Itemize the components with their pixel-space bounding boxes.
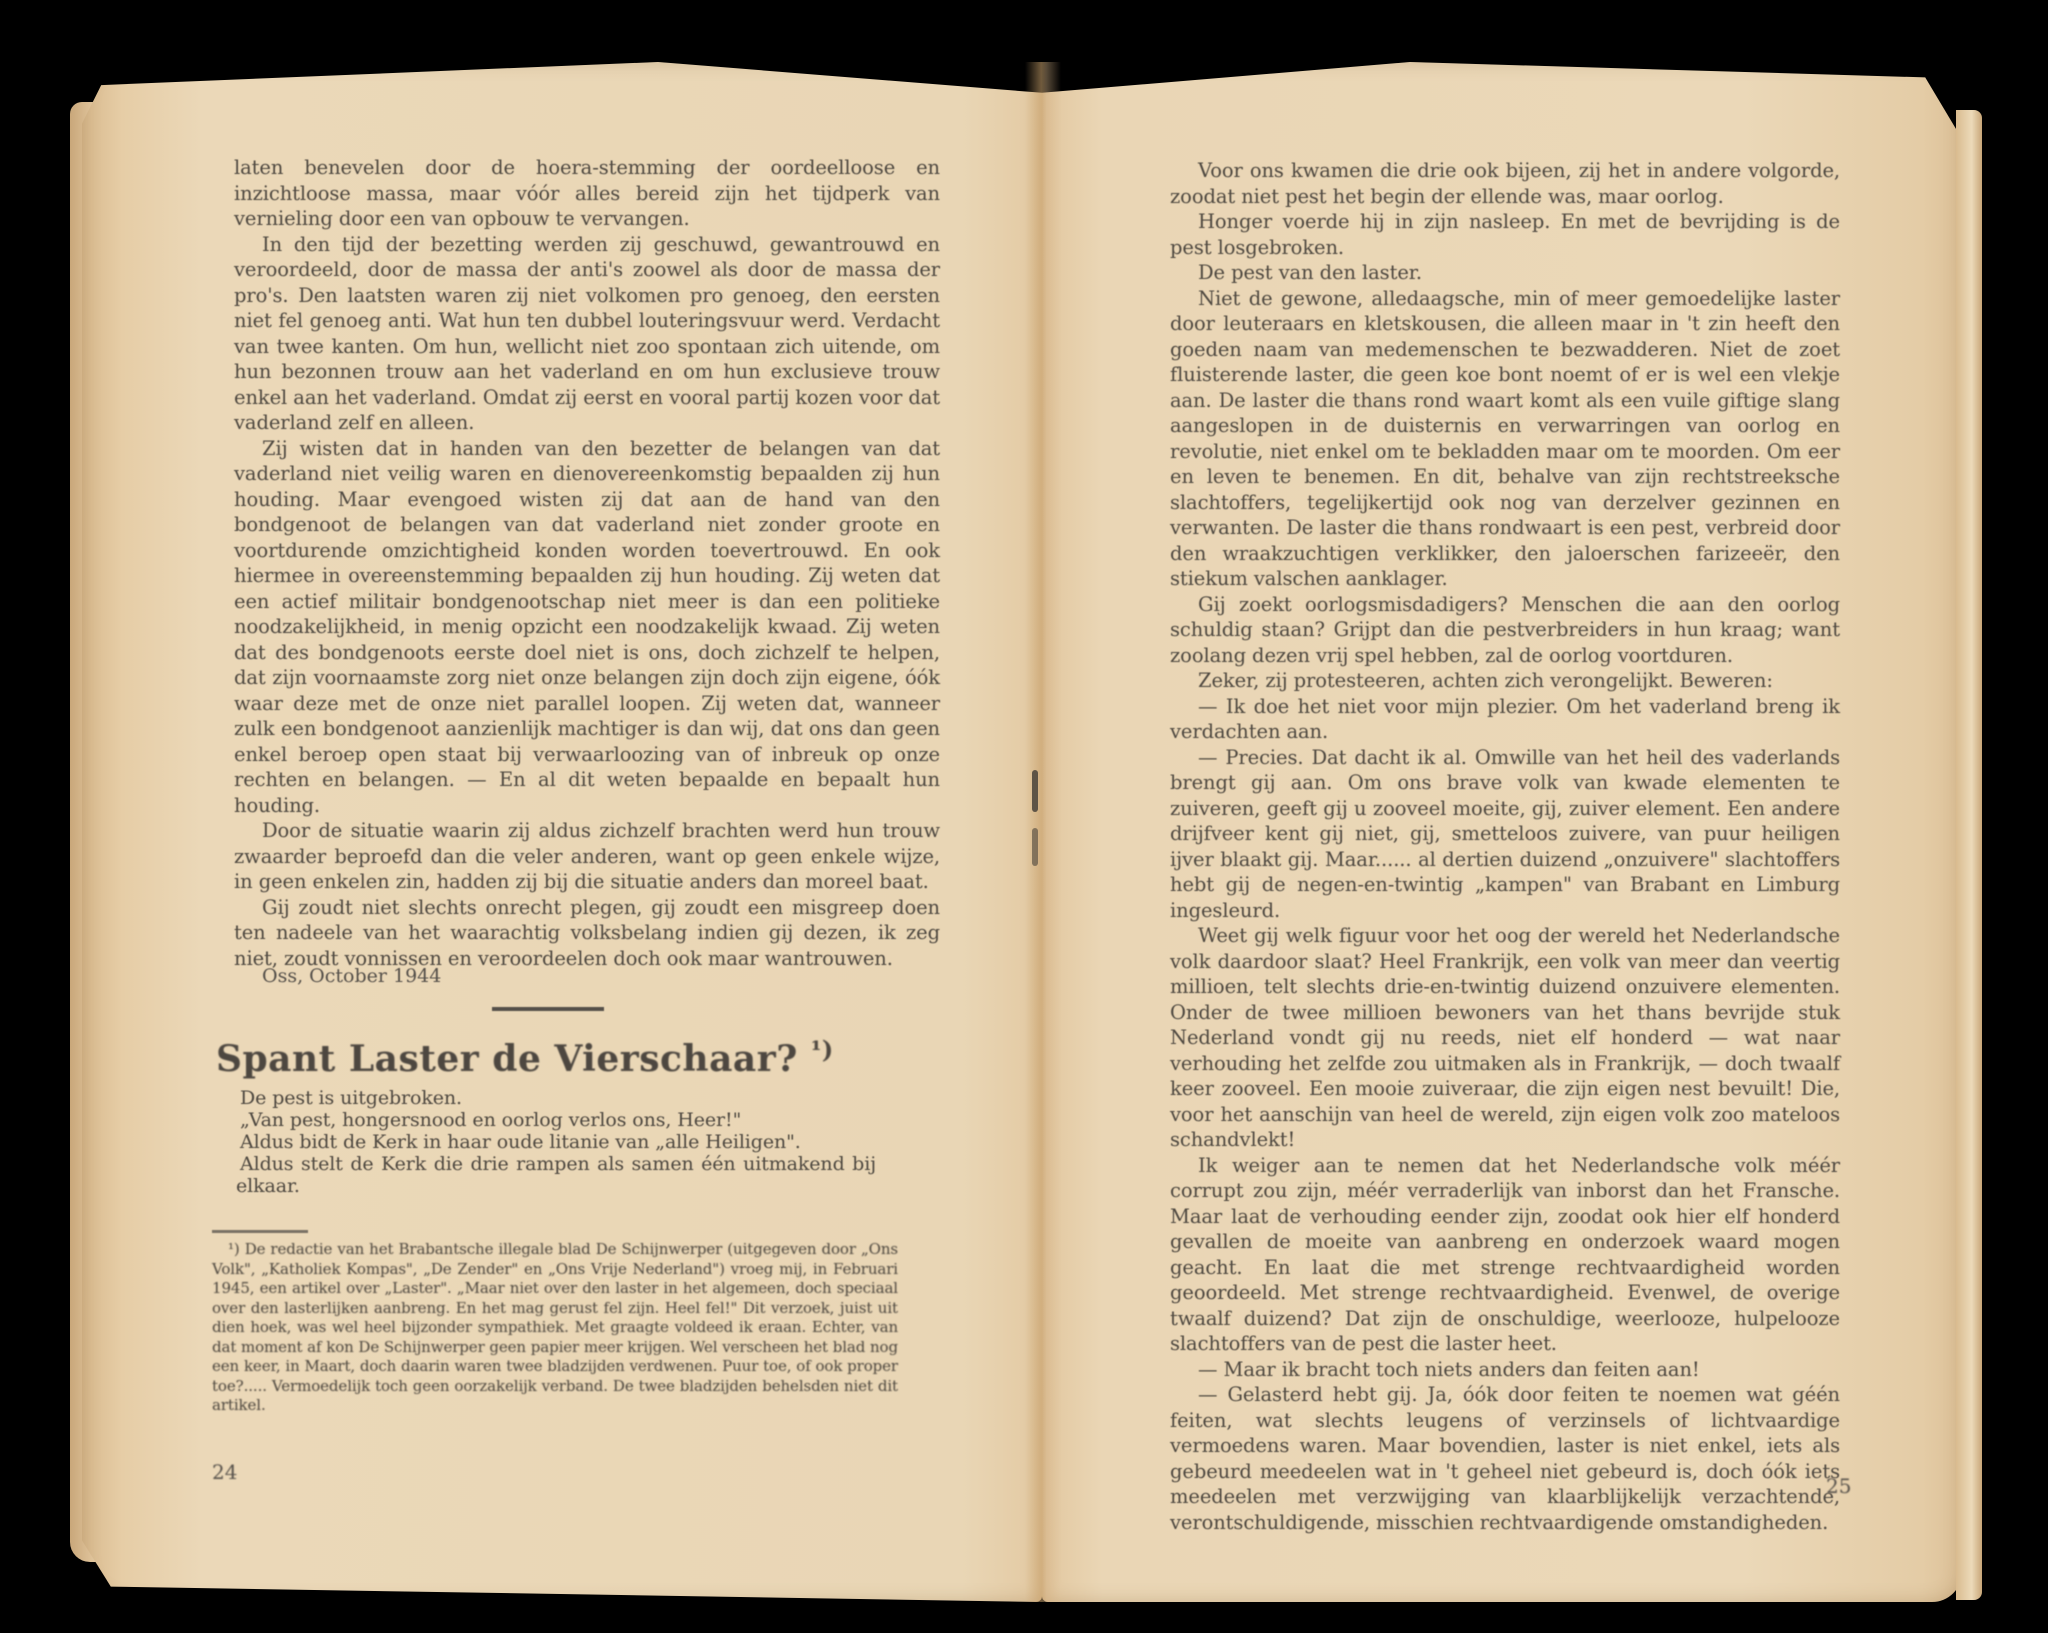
binding-thread [1032,770,1038,812]
left-page-body: laten benevelen door de hoera-stemming d… [234,155,940,971]
paragraph: — Precies. Dat dacht ik al. Omwille van … [1170,745,1840,924]
section-divider [492,1007,604,1011]
page-number-left: 24 [212,1460,237,1484]
intro-line: De pest is uitgebroken. [236,1087,876,1109]
right-page-body: Voor ons kwamen die drie ook bijeen, zij… [1170,158,1840,1535]
paragraph: Door de situatie waarin zij aldus zichze… [234,818,940,895]
paragraph: Zij wisten dat in handen van den bezette… [234,436,940,819]
intro-line: „Van pest, hongersnood en oorlog verlos … [236,1109,876,1131]
section-heading: Spant Laster de Vierschaar? ¹) [216,1035,834,1080]
intro-line: Aldus stelt de Kerk die drie rampen als … [236,1153,876,1197]
paragraph: Gij zoekt oorlogsmisdadigers? Menschen d… [1170,592,1840,669]
section-intro: De pest is uitgebroken. „Van pest, honge… [236,1087,876,1197]
intro-line: Aldus bidt de Kerk in haar oude litanie … [236,1131,876,1153]
paragraph: Gij zoudt niet slechts onrecht plegen, g… [234,895,940,972]
signoff-date: Oss, October 1944 [262,965,441,987]
footnote-marker: ¹) [811,1035,834,1064]
paragraph: Niet de gewone, alledaagsche, min of mee… [1170,286,1840,592]
paragraph: — Maar ik bracht toch niets anders dan f… [1170,1357,1840,1383]
paragraph: Zeker, zij protesteeren, achten zich ver… [1170,668,1840,694]
footnote: ¹) De redactie van het Brabantsche illeg… [212,1240,898,1416]
paragraph: Ik weiger aan te nemen dat het Nederland… [1170,1153,1840,1357]
paragraph: De pest van den laster. [1170,260,1840,286]
paragraph: Honger voerde hij in zijn nasleep. En me… [1170,209,1840,260]
book-gutter [1025,62,1061,1602]
footnote-divider [212,1230,308,1233]
paragraph: Weet gij welk figuur voor het oog der we… [1170,923,1840,1153]
footnote-text: ¹) De redactie van het Brabantsche illeg… [212,1240,898,1416]
page-stack-right-edge [1956,110,1982,1600]
paragraph: laten benevelen door de hoera-stemming d… [234,155,940,232]
page-number-right: 25 [1826,1474,1851,1498]
paragraph: — Ik doe het niet voor mijn plezier. Om … [1170,694,1840,745]
paragraph: Voor ons kwamen die drie ook bijeen, zij… [1170,158,1840,209]
section-heading-text: Spant Laster de Vierschaar? [216,1038,798,1080]
binding-thread [1032,828,1038,866]
paragraph: — Gelasterd hebt gij. Ja, óók door feite… [1170,1382,1840,1535]
paragraph: In den tijd der bezetting werden zij ges… [234,232,940,436]
